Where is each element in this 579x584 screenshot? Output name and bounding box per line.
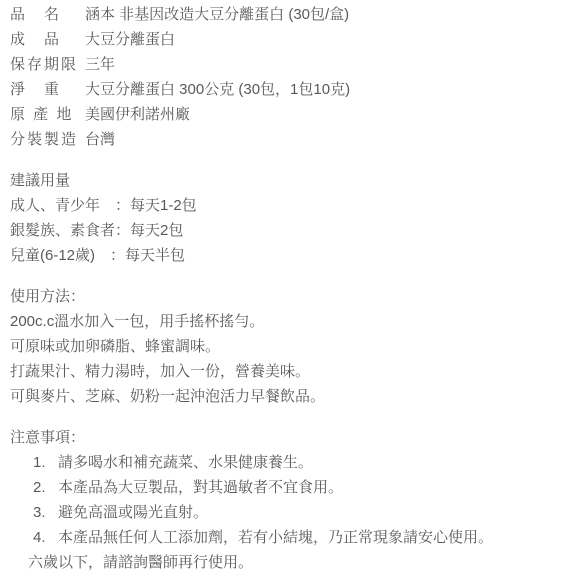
- dosage-title: 建議用量: [10, 168, 571, 193]
- note-number: 3.: [33, 500, 58, 525]
- product-info-row-name: 品 名 涵本 非基因改造大豆分離蛋白 (30包/盒): [10, 2, 571, 27]
- note-item: 1. 請多喝水和補充蔬菜、水果健康養生。: [10, 450, 571, 475]
- product-info-label: 保存期限: [10, 52, 85, 77]
- product-info-value: 台灣: [85, 127, 115, 152]
- dosage-section: 建議用量 成人、青少年 ：每天1-2包 銀髮族、素食者：每天2包 兒童(6-12…: [10, 168, 571, 268]
- product-description-page: 品 名 涵本 非基因改造大豆分離蛋白 (30包/盒) 成 品 大豆分離蛋白 保存…: [0, 0, 579, 584]
- product-info-label: 成 品: [10, 27, 85, 52]
- note-text: 本產品無任何人工添加劑，若有小結塊，乃正常現象請安心使用。: [58, 525, 493, 550]
- note-number: 4.: [33, 525, 58, 550]
- dosage-line-children: 兒童(6-12歲) ：每天半包: [10, 243, 571, 268]
- usage-section: 使用方法： 200c.c溫水加入一包，用手搖杯搖勻。 可原味或加卵磷脂、蜂蜜調味…: [10, 284, 571, 409]
- note-number: 1.: [33, 450, 58, 475]
- usage-line: 可原味或加卵磷脂、蜂蜜調味。: [10, 334, 571, 359]
- note-item: 2. 本產品為大豆製品，對其過敏者不宜食用。: [10, 475, 571, 500]
- note-footnote: 六歲以下，請諮詢醫師再行使用。: [28, 550, 571, 575]
- note-text: 請多喝水和補充蔬菜、水果健康養生。: [58, 450, 313, 475]
- note-text: 避免高溫或陽光直射。: [58, 500, 208, 525]
- product-info-label: 品 名: [10, 2, 85, 27]
- product-info-value: 三年: [85, 52, 115, 77]
- product-info-label: 淨 重: [10, 77, 85, 102]
- product-info-row-origin: 原 產 地 美國伊利諾州廠: [10, 102, 571, 127]
- product-info-value: 美國伊利諾州廠: [85, 102, 190, 127]
- dosage-line-adults: 成人、青少年 ：每天1-2包: [10, 193, 571, 218]
- product-info-label: 分裝製造: [10, 127, 85, 152]
- usage-line: 打蔬果汁、精力湯時，加入一份，營養美味。: [10, 359, 571, 384]
- usage-line: 200c.c溫水加入一包，用手搖杯搖勻。: [10, 309, 571, 334]
- product-info-section: 品 名 涵本 非基因改造大豆分離蛋白 (30包/盒) 成 品 大豆分離蛋白 保存…: [10, 2, 571, 152]
- product-info-row-finished-product: 成 品 大豆分離蛋白: [10, 27, 571, 52]
- note-text: 本產品為大豆製品，對其過敏者不宜食用。: [58, 475, 343, 500]
- usage-line: 可與麥片、芝麻、奶粉一起沖泡活力早餐飲品。: [10, 384, 571, 409]
- note-number: 2.: [33, 475, 58, 500]
- product-info-row-packaged-in: 分裝製造 台灣: [10, 127, 571, 152]
- notes-section: 注意事項： 1. 請多喝水和補充蔬菜、水果健康養生。 2. 本產品為大豆製品，對…: [10, 425, 571, 575]
- product-info-value: 大豆分離蛋白 300公克 (30包，1包10克): [85, 77, 350, 102]
- dosage-line-seniors: 銀髮族、素食者：每天2包: [10, 218, 571, 243]
- product-info-row-net-weight: 淨 重 大豆分離蛋白 300公克 (30包，1包10克): [10, 77, 571, 102]
- product-info-value: 大豆分離蛋白: [85, 27, 175, 52]
- usage-title: 使用方法：: [10, 284, 571, 309]
- notes-title: 注意事項：: [10, 425, 571, 450]
- note-item: 4. 本產品無任何人工添加劑，若有小結塊，乃正常現象請安心使用。: [10, 525, 571, 550]
- product-info-value: 涵本 非基因改造大豆分離蛋白 (30包/盒): [85, 2, 349, 27]
- note-item: 3. 避免高溫或陽光直射。: [10, 500, 571, 525]
- product-info-label: 原 產 地: [10, 102, 85, 127]
- product-info-row-shelf-life: 保存期限 三年: [10, 52, 571, 77]
